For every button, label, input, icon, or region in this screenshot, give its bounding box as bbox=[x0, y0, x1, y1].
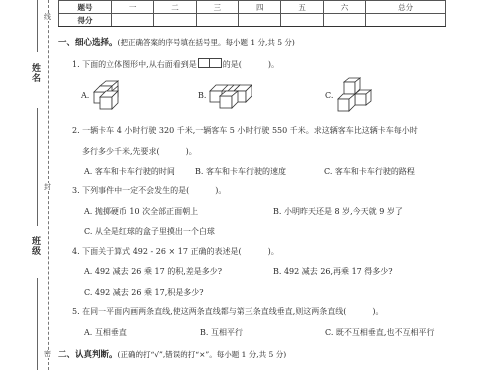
cube-figure-a-icon bbox=[92, 80, 128, 112]
option-b[interactable]: B. 互相平行 bbox=[200, 327, 243, 338]
margin-line bbox=[37, 108, 38, 226]
section-note: (把正确答案的序号填在括号里。每小题 1 分,共 5 分) bbox=[118, 38, 295, 47]
question-5: 5. 在同一平面内画两条直线,使这两条直线都与第三条直线垂直,则这两条直线()。 bbox=[72, 306, 384, 317]
class-label: 班级 bbox=[29, 236, 42, 256]
name-label: 姓名 bbox=[29, 63, 42, 83]
header-row: 题号 一 二 三 四 五 六 总分 bbox=[59, 1, 446, 14]
question-text: 3. 下列事件中一定不会发生的是( bbox=[72, 186, 189, 195]
column-header: 一 bbox=[112, 1, 154, 14]
column-header: 二 bbox=[154, 1, 196, 14]
option-b-label[interactable]: B. bbox=[198, 91, 206, 100]
score-cell[interactable] bbox=[112, 14, 154, 27]
option-b[interactable]: B. 492 减去 26,再乘 17 得多少? bbox=[273, 266, 393, 277]
section-title-text: 一、细心选择。 bbox=[58, 38, 118, 48]
score-cell[interactable] bbox=[196, 14, 238, 27]
score-cell[interactable] bbox=[323, 14, 365, 27]
cut-mark: 密 bbox=[44, 350, 51, 358]
option-c[interactable]: C. 从全是红球的盒子里摸出一个白球 bbox=[84, 226, 215, 237]
score-cell[interactable] bbox=[239, 14, 281, 27]
cube-figure-c-icon bbox=[336, 77, 372, 115]
column-header: 四 bbox=[239, 1, 281, 14]
score-row: 得分 bbox=[59, 14, 446, 27]
question-3: 3. 下列事件中一定不会发生的是()。 bbox=[72, 185, 226, 196]
column-header: 三 bbox=[196, 1, 238, 14]
score-table: 题号 一 二 三 四 五 六 总分 得分 bbox=[58, 0, 446, 27]
option-a-label[interactable]: A. bbox=[81, 91, 89, 100]
option-a[interactable]: A. 互相垂直 bbox=[84, 327, 127, 338]
margin-line bbox=[37, 278, 38, 370]
binding-margin: 姓名 班级 线 封 密 bbox=[0, 0, 56, 370]
question-text: )。 bbox=[372, 307, 383, 316]
section-2-title: 二、认真判断。(正确的打“√”,错误的打“×”。每小题 1 分,共 5 分) bbox=[58, 348, 286, 360]
cube-figure-b-icon bbox=[208, 83, 252, 111]
question-text: 4. 下面关于算式 492 - 26 × 17 正确的表述是( bbox=[72, 247, 242, 256]
option-a[interactable]: A. 492 减去 26 乘 17 的积,差是多少? bbox=[84, 266, 222, 277]
score-cell[interactable] bbox=[154, 14, 196, 27]
section-note: (正确的打“√”,错误的打“×”。每小题 1 分,共 5 分) bbox=[118, 350, 287, 359]
margin-line bbox=[37, 0, 38, 52]
column-header: 总分 bbox=[366, 1, 446, 14]
column-header: 六 bbox=[323, 1, 365, 14]
question-text: )。 bbox=[186, 147, 197, 156]
option-c[interactable]: C. 既不互相垂直,也不互相平行 bbox=[325, 327, 434, 338]
option-b[interactable]: B. 客车和卡车行驶的速度 bbox=[195, 166, 286, 177]
question-1: 1. 下面的立体图形中,从右面看到是的是()。 bbox=[72, 58, 279, 70]
question-text: )。 bbox=[215, 186, 226, 195]
option-c[interactable]: C. 客车和卡车行驶的路程 bbox=[324, 166, 415, 177]
side-view-figure bbox=[198, 58, 222, 68]
score-cell[interactable] bbox=[366, 14, 446, 27]
cut-mark: 封 bbox=[44, 183, 51, 191]
section-1-title: 一、细心选择。(把正确答案的序号填在括号里。每小题 1 分,共 5 分) bbox=[58, 36, 295, 48]
question-text: )。 bbox=[268, 60, 279, 69]
option-a[interactable]: A. 客车和卡车行驶的时间 bbox=[84, 166, 175, 177]
question-2-cont: 多行多少千米,先要求()。 bbox=[82, 146, 197, 157]
score-cell[interactable] bbox=[281, 14, 323, 27]
option-a[interactable]: A. 抛掷硬币 10 次全部正面朝上 bbox=[84, 206, 198, 217]
option-b[interactable]: B. 小明昨天还是 8 岁,今天就 9 岁了 bbox=[273, 206, 403, 217]
column-header: 五 bbox=[281, 1, 323, 14]
question-text: 的是( bbox=[223, 60, 242, 69]
question-2: 2. 一辆卡车 4 小时行驶 320 千米,一辆客车 5 小时行驶 550 千米… bbox=[72, 125, 418, 136]
question-4: 4. 下面关于算式 492 - 26 × 17 正确的表述是()。 bbox=[72, 246, 279, 257]
question-text: 5. 在同一平面内画两条直线,使这两条直线都与第三条直线垂直,则这两条直线( bbox=[72, 307, 346, 316]
option-c-label[interactable]: C. bbox=[325, 91, 333, 100]
row-label: 题号 bbox=[59, 1, 112, 14]
question-text: 1. 下面的立体图形中,从右面看到是 bbox=[72, 60, 197, 69]
cut-mark: 线 bbox=[44, 13, 51, 21]
question-text: 多行多少千米,先要求( bbox=[82, 147, 160, 156]
section-title-text: 二、认真判断。 bbox=[58, 350, 118, 360]
question-text: )。 bbox=[268, 247, 279, 256]
row-label: 得分 bbox=[59, 14, 112, 27]
option-c[interactable]: C. 492 减去 26 乘 17,积是多少? bbox=[84, 287, 204, 298]
